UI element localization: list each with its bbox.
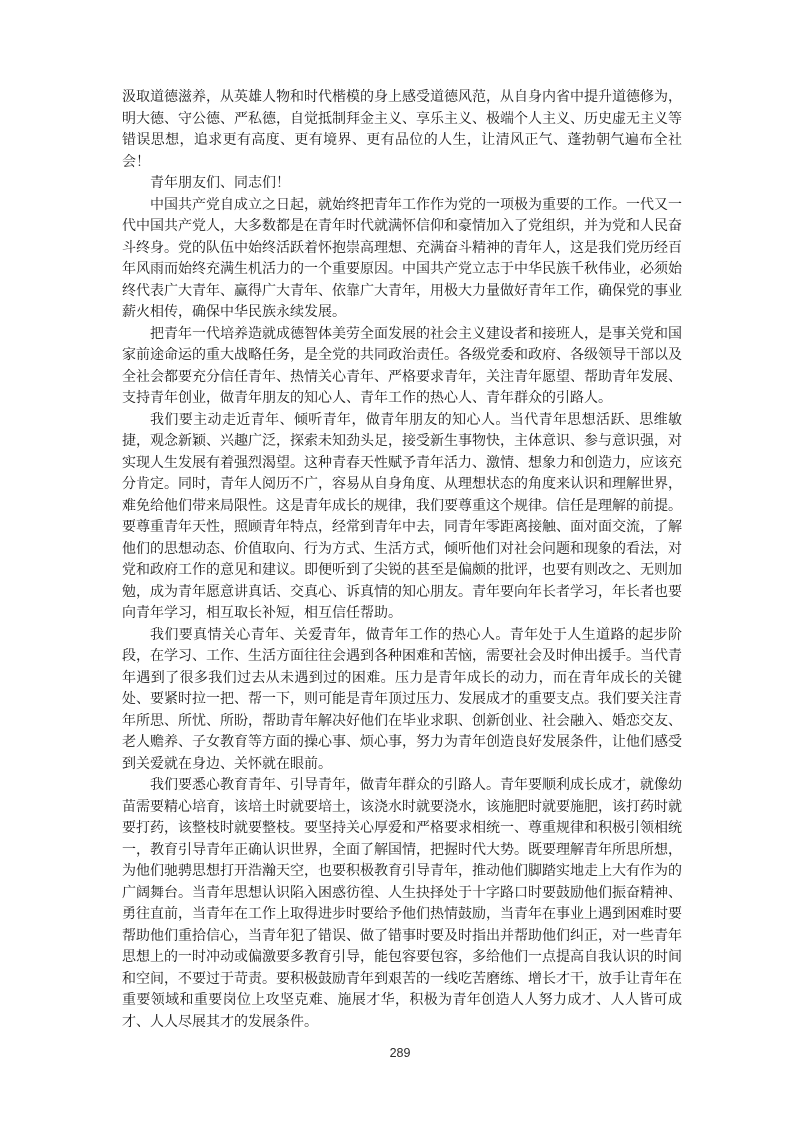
paragraph: 中国共产党自成立之日起，就始终把青年工作作为党的一项极为重要的工作。一代又一代中… (122, 195, 682, 324)
page-footer: 289 (0, 1044, 800, 1062)
document-content: 汲取道德滋养，从英雄人物和时代楷模的身上感受道德风范，从自身内省中提升道德修为，… (122, 87, 682, 1033)
paragraph: 我们要真情关心青年、关爱青年，做青年工作的热心人。青年处于人生道路的起步阶段，在… (122, 625, 682, 776)
paragraph-continuation: 汲取道德滋养，从英雄人物和时代楷模的身上感受道德风范，从自身内省中提升道德修为，… (122, 87, 682, 173)
document-page: 汲取道德滋养，从英雄人物和时代楷模的身上感受道德风范，从自身内省中提升道德修为，… (0, 0, 800, 1133)
paragraph: 我们要悉心教育青年、引导青年，做青年群众的引路人。青年要顺利成长成才，就像幼苗需… (122, 775, 682, 1033)
paragraph-salutation: 青年朋友们、同志们！ (122, 173, 682, 195)
paragraph: 把青年一代培养造就成德智体美劳全面发展的社会主义建设者和接班人，是事关党和国家前… (122, 324, 682, 410)
page-number: 289 (390, 1046, 411, 1060)
paragraph: 我们要主动走近青年、倾听青年，做青年朋友的知心人。当代青年思想活跃、思维敏捷，观… (122, 410, 682, 625)
